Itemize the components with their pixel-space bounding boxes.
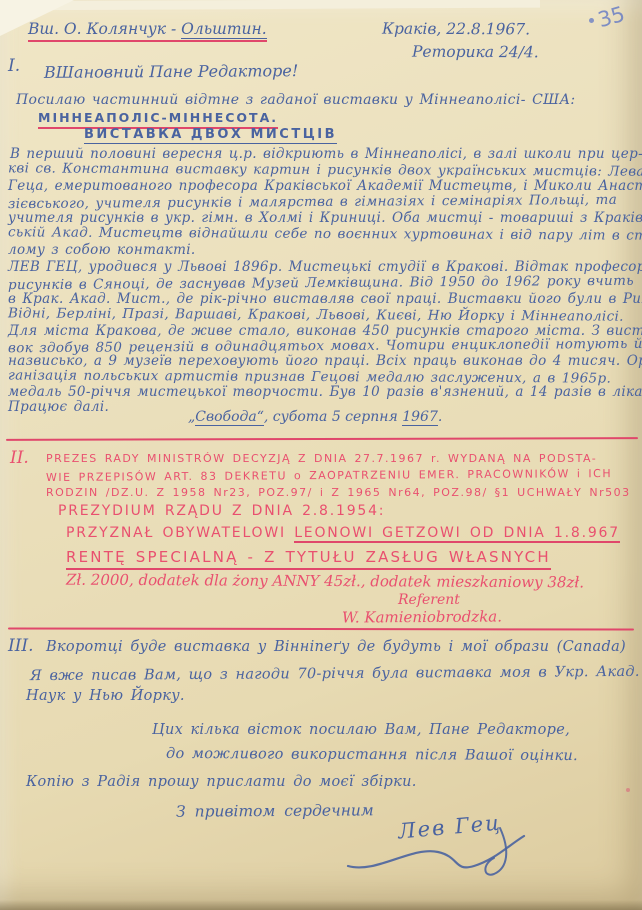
- page-number: 35: [595, 2, 627, 32]
- para2-line-7: назвисько, а 9 музеїв переховують його п…: [8, 353, 642, 369]
- paper-top-edge: [0, 0, 540, 10]
- para1-line-5: учителя рисунків в укр. гімн. в Холмі і …: [8, 210, 642, 226]
- addressee-line: Вш. О. Колянчук - Ольштин.: [28, 20, 267, 42]
- addressee-city: Ольштин.: [181, 20, 267, 39]
- addressee-name: Вш. О. Колянчук -: [28, 20, 181, 38]
- para2-line-4: Відні, Берліні, Празі, Варшаві, Кракові,…: [8, 305, 624, 324]
- pencil-dot: [589, 18, 594, 23]
- letter-line-akad: Я вже писав Вам, що з нагоди 70-річчя бу…: [30, 664, 640, 684]
- para2-line-10: Працює далі.: [8, 399, 109, 415]
- grant-line-plain: PRZYZNAŁ OBYWATELOWI: [66, 525, 294, 541]
- source-mid: , субота 5 серпня: [264, 409, 402, 425]
- source-line: „Свобода“, субота 5 серпня 1967.: [188, 409, 442, 425]
- paper: 35 Вш. О. Колянчук - Ольштин. Краків, 22…: [0, 0, 642, 910]
- greeting-line: ВШановний Пане Редакторе!: [44, 61, 298, 82]
- para1-line-1: В перший половині вересня ц.р. відкриють…: [10, 146, 642, 162]
- decree-line-4: PREZYDIUM RZĄDU Z DNIA 2.8.1954:: [58, 503, 385, 519]
- retorika-line: Реторика 24/4.: [412, 43, 539, 62]
- heading-exhibition: ВИСТАВКА ДВОХ МИСТЦІВ: [84, 127, 337, 144]
- para2-line-9: медаль 50-річчя мистецької творчости. Бу…: [8, 384, 642, 400]
- section-1-numeral: I.: [8, 56, 20, 76]
- signature-flourish-icon: [342, 822, 532, 888]
- letter-line-copy: Копію з Радія прошу прислати до моєї збі…: [26, 774, 417, 790]
- para1-line-2: кві св. Константина виставку картин і ри…: [8, 160, 642, 179]
- closing-line: З привітом сердечним: [176, 801, 374, 820]
- para1-line-6: ській Акад. Мистецтв віднайшли себе по в…: [8, 224, 642, 243]
- decree-line-2: WIE PRZEPISÓW ART. 83 DEKRETU o ZAOPATRZ…: [46, 467, 612, 484]
- letter-line-news: Цих кілька вісток посилаю Вам, Пане Реда…: [152, 722, 570, 738]
- intro-line: Посилаю частинний відтне з гаданої виста…: [16, 92, 576, 108]
- para1-line-7: лому з собою контакті.: [8, 242, 196, 258]
- decree-line-3: RODZIN /DZ.U. Z 1958 Nr23, POZ.97/ i Z 1…: [46, 486, 631, 499]
- pension-line: RENTĘ SPECIALNĄ - Z TYTUŁU ZASŁUG WŁASNY…: [66, 548, 551, 570]
- paper-bottom-shadow: [0, 900, 642, 910]
- section-2-numeral: II.: [10, 448, 29, 468]
- letter-line-use: до можливого використання після Вашої оц…: [166, 746, 578, 764]
- letter-line-newyork: Наук у Нью Йорку.: [26, 688, 185, 704]
- separator-line-1: [6, 437, 638, 441]
- separator-line-2: [8, 627, 634, 630]
- para2-line-3: в Крак. Акад. Мист., де рік-річно вистав…: [8, 291, 642, 307]
- exhibition-note-line: Вкоротці буде виставка у Вінніпеґу де бу…: [46, 639, 626, 655]
- amount-line: Zł. 2000, dodatek dla żony ANNY 45zł., d…: [66, 571, 584, 592]
- date-line: Краків, 22.8.1967.: [382, 20, 530, 39]
- grant-line-underlined: LEONOWI GETZOWI OD DNIA 1.8.967: [294, 525, 620, 543]
- referent-label: Referent: [398, 592, 460, 608]
- grant-line: PRZYZNAŁ OBYWATELOWI LEONOWI GETZOWI OD …: [66, 525, 620, 541]
- source-name: Свобода“: [195, 409, 264, 426]
- decree-line-1: PREZES RADY MINISTRÓW DECYZJĄ Z DNIA 27.…: [46, 452, 597, 465]
- source-year: 1967: [402, 409, 438, 426]
- referent-signature: W. Kamieniobrodzka.: [342, 607, 502, 626]
- ink-speck: [626, 788, 630, 792]
- source-end: .: [438, 409, 442, 425]
- section-3-numeral: III.: [8, 636, 34, 656]
